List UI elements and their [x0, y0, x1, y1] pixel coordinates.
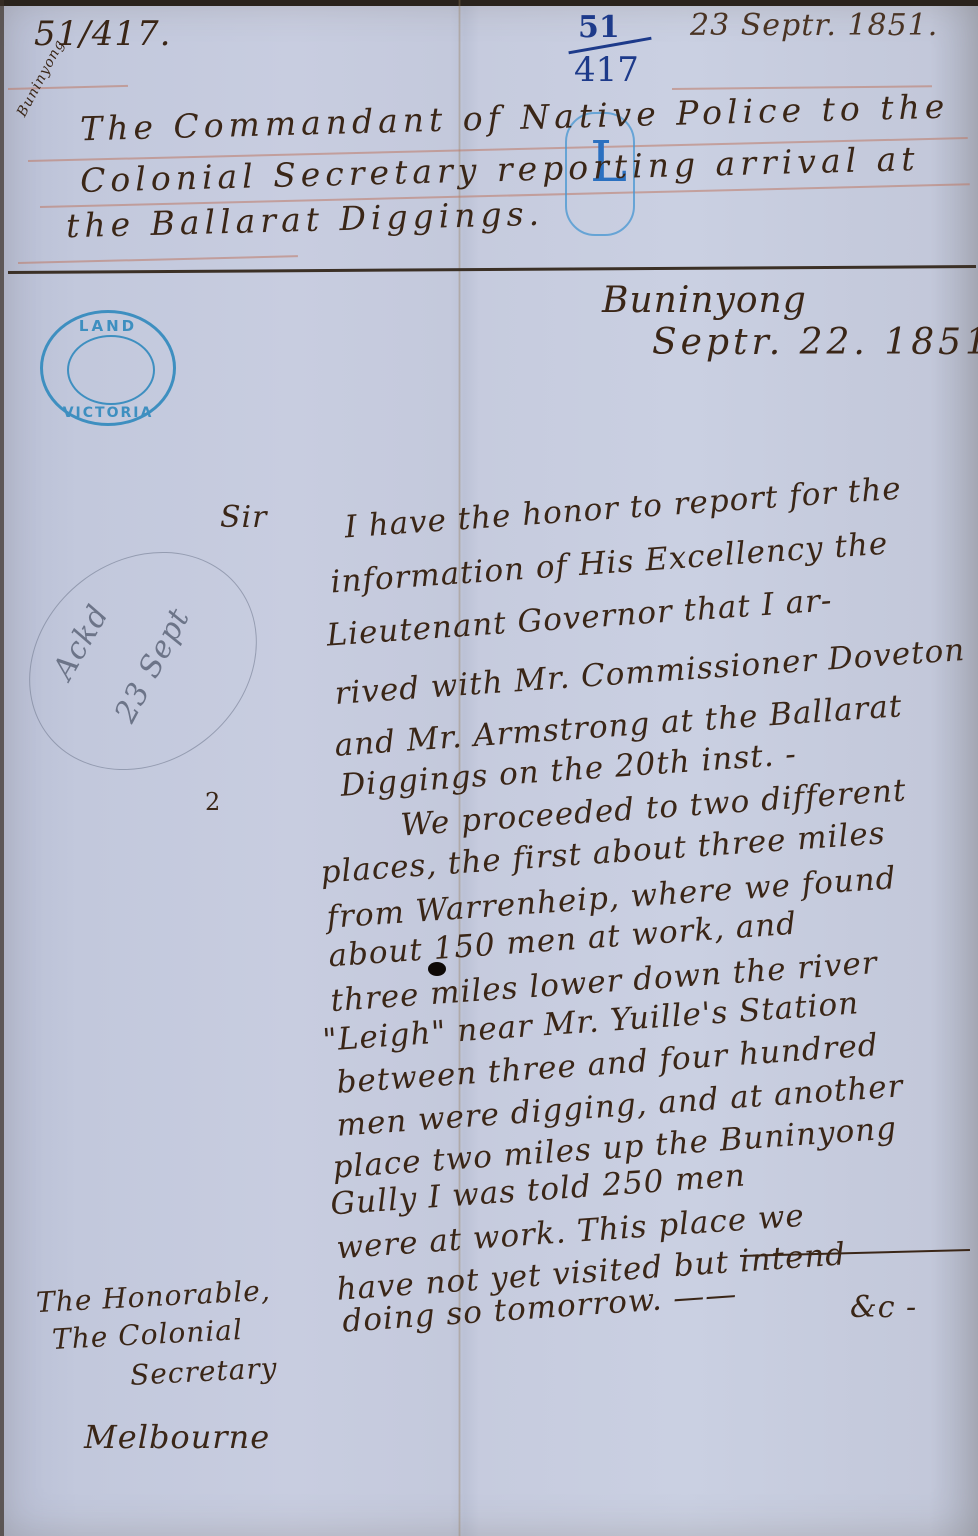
addressee-line-3: Secretary	[129, 1351, 278, 1392]
land-victoria-stamp: LAND VICTORIA	[40, 310, 176, 426]
docket-summary-line-3: the Ballarat Diggings.	[66, 194, 545, 246]
addressee-line-4: Melbourne	[84, 1418, 270, 1456]
page-top-edge	[0, 0, 978, 6]
stamp-top-text: LAND	[43, 317, 173, 335]
addressee-line-2: The Colonial	[51, 1313, 243, 1356]
ink-blot	[428, 962, 446, 976]
docket-divider-rule	[8, 265, 976, 274]
docket-blue-denominator: 417	[574, 50, 639, 90]
page-left-edge	[0, 0, 4, 1536]
docket-received-date: 23 Septr. 1851.	[690, 8, 938, 43]
stamp-inner-ring	[67, 335, 155, 405]
letter-page: 51/417. Buninyong 51 417 L 23 Septr. 185…	[0, 0, 978, 1536]
page-marker: 2	[205, 788, 221, 816]
ruled-line	[18, 255, 298, 264]
salutation: Sir	[220, 500, 268, 535]
docket-blue-numerator: 51	[578, 10, 620, 45]
stamp-bottom-text: VICTORIA	[43, 405, 173, 421]
letter-place: Buninyong	[602, 280, 807, 321]
docket-summary-line-1: The Commandant of Native Police to the	[80, 87, 950, 149]
letter-date: Septr. 22. 1851.	[652, 322, 978, 363]
closing-mark: &c -	[850, 1290, 917, 1325]
